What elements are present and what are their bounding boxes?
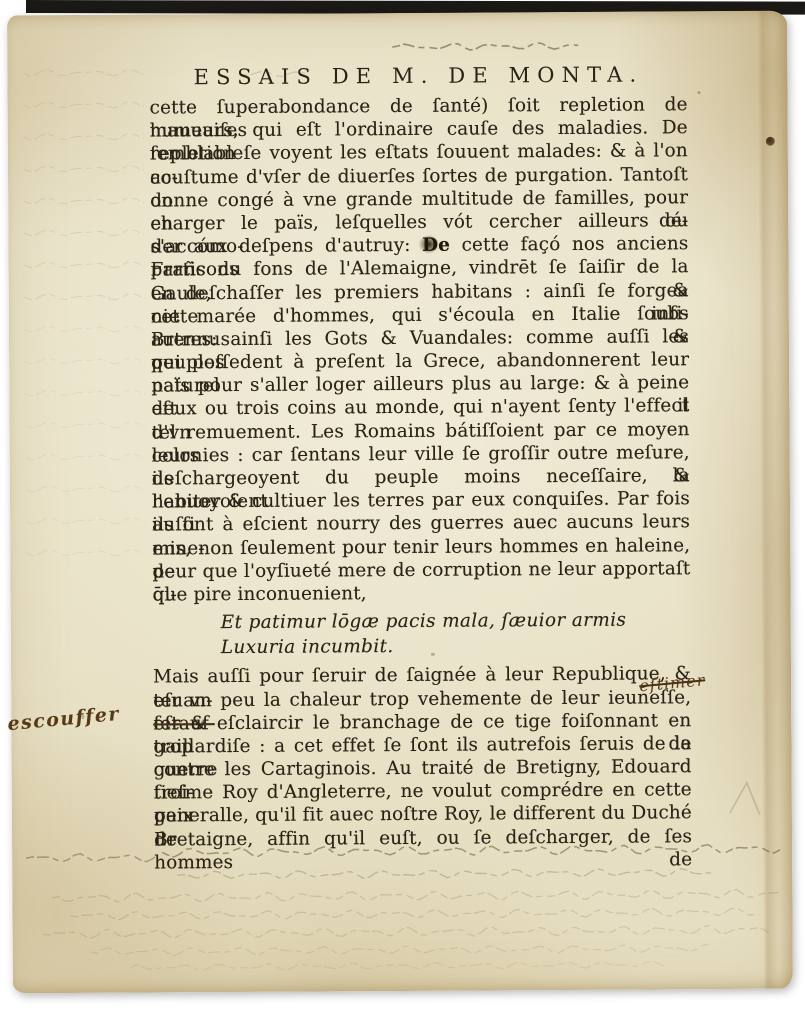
stain-spot: [81, 715, 84, 719]
text-line: tel remuement. Les Romains bátiſſoient p…: [152, 418, 690, 444]
text-line: partis du fons de l'Alemaigne, vindrēt ſ…: [151, 256, 689, 282]
text-line: nie marée d'hommes, qui s'écoula en Ital…: [151, 302, 689, 328]
text-line: mis, non ſeulement pour tenir leurs homm…: [152, 534, 690, 560]
printed-text-block: ESSAIS DE M. DE MONTA. cette ſuperabonda…: [149, 61, 692, 851]
text-line: couſtume d'vſer de diuerſes ſortes de pu…: [150, 163, 688, 189]
text-line: habiter & cultiuer les terres par eux co…: [152, 487, 690, 513]
text-line: deſchargeoyent du peuple moins neceſſair…: [152, 464, 690, 490]
text-line: Mais auſſi pour ſeruir de ſaignée à leur…: [153, 663, 691, 689]
text-line: ils ont à eſcient nourry des guerres aue…: [152, 511, 690, 537]
text-line: contre les Cartaginois. Au traité de Bre…: [154, 755, 692, 781]
line-segment: & eſclaircir le branchage de ce tige foi…: [153, 710, 691, 757]
text-line: qui poſſedent à preſent la Grece, abando…: [151, 348, 689, 374]
stain-spot: [338, 173, 341, 176]
latin-verse-line: Et patimur lōgæ pacis mala, ſæuior armis: [153, 608, 691, 636]
text-line: en deſchaſſer les premiers habitans : ai…: [151, 279, 689, 305]
stain-spot: [697, 91, 700, 94]
ink-blot-correction: De: [422, 235, 450, 256]
text-line: donne congé à vne grande multitude de fa…: [150, 186, 688, 212]
text-line-with-margin-note: escoufferfer & eſclaircir le branchage d…: [153, 709, 691, 735]
text-line: Bretaigne, affin qu'il euſt, ou ſe deſch…: [154, 825, 692, 851]
struck-printed-word: fer: [153, 713, 180, 734]
text-line: peur que l'oyſiueté mere de corruption n…: [152, 557, 690, 583]
text-line: charger le païs, leſquelles vót cercher …: [150, 209, 688, 235]
text-line: repletion ſe voyent les eſtats ſouuent m…: [150, 140, 688, 166]
latin-verse-line: Luxuria incumbit.: [153, 633, 691, 661]
text-line: que pire inconuenient,: [152, 580, 690, 606]
wormhole-spot: [766, 137, 775, 146]
text-line-with-ink-blot: der aux deſpens d'autruy: De cette façó …: [150, 232, 688, 258]
text-line: païs pour s'aller loger ailleurs plus au…: [151, 371, 689, 397]
stain-spot: [431, 653, 435, 656]
text-line: ſieſme Roy d'Angleterre, ne voulut compr…: [154, 778, 692, 804]
text-line: humeurs, qui eſt l'ordinaire cauſe des m…: [150, 116, 688, 142]
text-line: deux ou trois coins au monde, qui n'ayen…: [151, 395, 689, 421]
text-line: colonies : car ſentans leur ville ſe gro…: [152, 441, 690, 467]
text-line: autres: ainſi les Gots & Vuandales: comm…: [151, 325, 689, 351]
running-header: ESSAIS DE M. DE MONTA.: [149, 61, 687, 90]
scan-background: ESSAIS DE M. DE MONTA. cette ſuperabonda…: [0, 0, 805, 1024]
text-line: generalle, qu'il fit auec noſtre Roy, le…: [154, 802, 692, 828]
text-line: cette ſuperabondance de ſanté) ſoit repl…: [150, 93, 688, 119]
book-page: ESSAIS DE M. DE MONTA. cette ſuperabonda…: [7, 11, 793, 994]
line-segment: der aux deſpens d'autruy:: [150, 235, 422, 258]
text-line-with-correction: eſtimerter vn peu la chaleur trop veheme…: [153, 686, 691, 712]
line-segment: ter vn peu la chaleur trop vehemente de …: [153, 687, 691, 711]
